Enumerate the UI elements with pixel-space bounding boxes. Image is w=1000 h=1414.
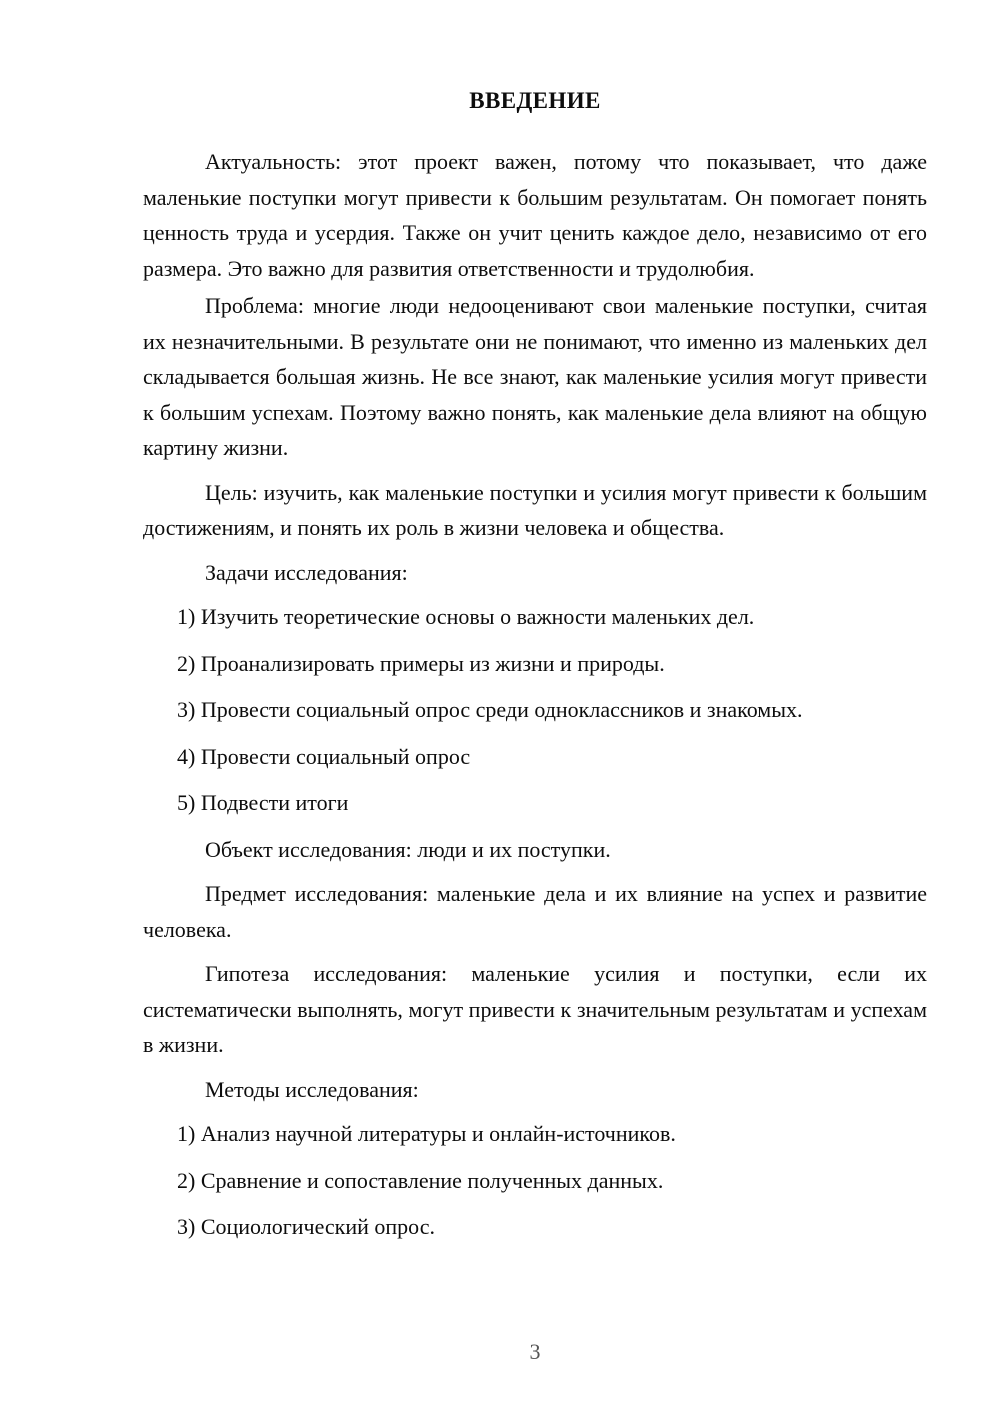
paragraph-problema: Проблема: многие люди недооценивают свои… — [143, 288, 927, 466]
document-page: ВВЕДЕНИЕ Актуальность: этот проект важен… — [0, 0, 1000, 1414]
page-title: ВВЕДЕНИЕ — [143, 84, 927, 118]
task-list-item-1: 1) Изучить теоретические основы о важнос… — [177, 599, 927, 635]
method-list-item-1: 1) Анализ научной литературы и онлайн-ис… — [177, 1116, 927, 1152]
task-list-item-3: 3) Провести социальный опрос среди однок… — [177, 692, 927, 728]
paragraph-zadachi-heading: Задачи исследования: — [143, 555, 927, 591]
task-list-item-2: 2) Проанализировать примеры из жизни и п… — [177, 646, 927, 682]
method-list-item-3: 3) Социологический опрос. — [177, 1209, 927, 1245]
paragraph-metody-heading: Методы исследования: — [143, 1072, 927, 1108]
paragraph-actualnost: Актуальность: этот проект важен, потому … — [143, 144, 927, 286]
paragraph-cel: Цель: изучить, как маленькие поступки и … — [143, 475, 927, 546]
task-list-item-5: 5) Подвести итоги — [177, 785, 927, 821]
paragraph-gipoteza: Гипотеза исследования: маленькие усилия … — [143, 956, 927, 1063]
task-list-item-4: 4) Провести социальный опрос — [177, 739, 927, 775]
page-number: 3 — [143, 1336, 927, 1368]
method-list-item-2: 2) Сравнение и сопоставление полученных … — [177, 1163, 927, 1199]
paragraph-predmet: Предмет исследования: маленькие дела и и… — [143, 876, 927, 947]
paragraph-obekt: Объект исследования: люди и их поступки. — [143, 832, 927, 868]
